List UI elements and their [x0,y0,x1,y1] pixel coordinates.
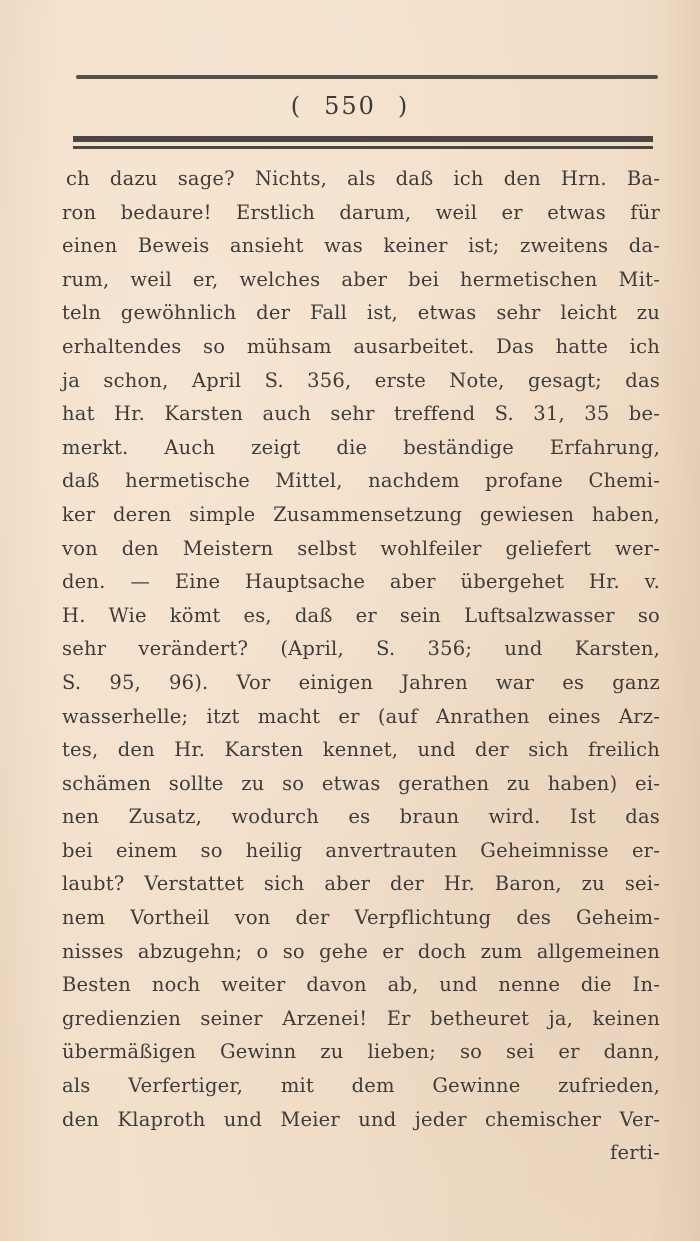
header-rule-top [76,75,658,79]
text-line: erhaltendes so mühsam ausarbeitet. Das h… [62,330,660,364]
text-line: schämen sollte zu so etwas gerathen zu h… [62,767,660,801]
text-line: sehr verändert? (April, S. 356; und Kars… [62,632,660,666]
text-line: ron bedaure! Erstlich darum, weil er etw… [62,196,660,230]
text-line: S. 95, 96). Vor einigen Jahren war es ga… [62,666,660,700]
page-number: (550) [0,92,700,120]
text-line: hat Hr. Karsten auch sehr treffend S. 31… [62,397,660,431]
text-line: nem Vortheil von der Verpflichtung des G… [62,901,660,935]
text-line: übermäßigen Gewinn zu lieben; so sei er … [62,1035,660,1069]
folio-close-paren: ) [398,92,409,120]
folio-open-paren: ( [291,92,302,120]
text-line: merkt. Auch zeigt die beständige Erfahru… [62,431,660,465]
body-text: ch dazu sage? Nichts, als daß ich den Hr… [62,162,660,1170]
text-line: wasserhelle; itzt macht er (auf Anrathen… [62,700,660,734]
text-line: einen Beweis ansieht was keiner ist; zwe… [62,229,660,263]
text-line: teln gewöhnlich der Fall ist, etwas sehr… [62,296,660,330]
text-line: ch dazu sage? Nichts, als daß ich den Hr… [62,162,660,196]
text-line: den. — Eine Hauptsache aber übergehet Hr… [62,565,660,599]
text-line: tes, den Hr. Karsten kennet, und der sic… [62,733,660,767]
catchword: ferti- [62,1136,660,1170]
text-line: bei einem so heilig anvertrauten Geheimn… [62,834,660,868]
header-rule-thin [73,146,653,149]
text-line: laubt? Verstattet sich aber der Hr. Baro… [62,867,660,901]
header-rule-thick [73,136,653,142]
text-line: als Verfertiger, mit dem Gewinne zufried… [62,1069,660,1103]
text-line: nisses abzugehn; o so gehe er doch zum a… [62,935,660,969]
text-line: daß hermetische Mittel, nachdem profane … [62,464,660,498]
book-page: (550) ch dazu sage? Nichts, als daß ich … [0,0,700,1241]
text-line: rum, weil er, welches aber bei hermetisc… [62,263,660,297]
folio-number: 550 [324,92,376,120]
text-line: den Klaproth und Meier und jeder chemisc… [62,1103,660,1137]
text-line: nen Zusatz, wodurch es braun wird. Ist d… [62,800,660,834]
text-line: ker deren simple Zusammensetzung gewiese… [62,498,660,532]
text-line: H. Wie kömt es, daß er sein Luftsalzwass… [62,599,660,633]
header-rule-double [73,136,653,152]
text-line: von den Meistern selbst wohlfeiler gelie… [62,532,660,566]
text-line: Besten noch weiter davon ab, und nenne d… [62,968,660,1002]
text-line: ja schon, April S. 356, erste Note, gesa… [62,364,660,398]
text-line: gredienzien seiner Arzenei! Er betheuret… [62,1002,660,1036]
